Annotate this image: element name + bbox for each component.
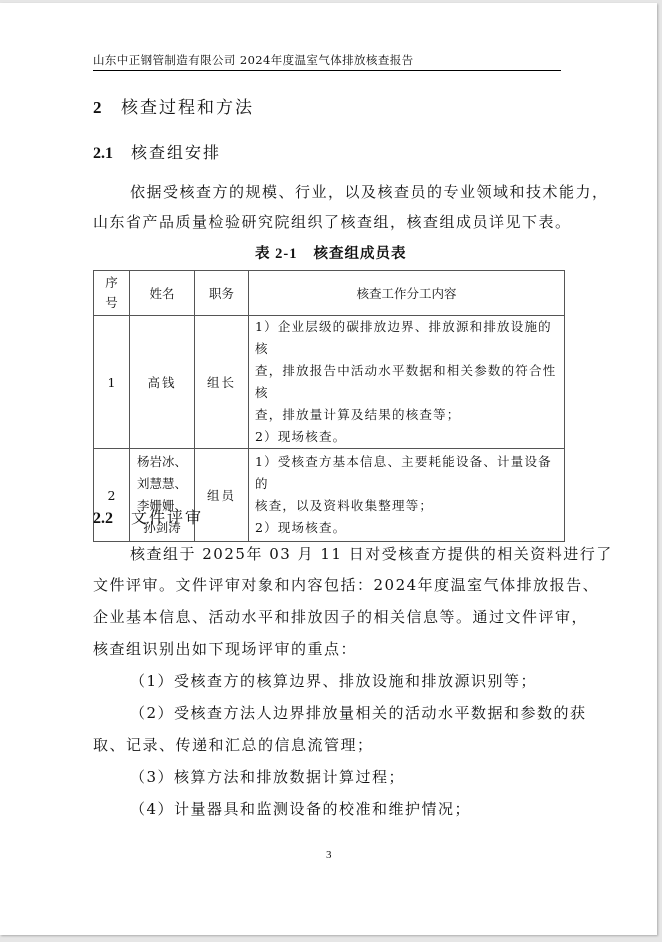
- subsection-title: 核查组安排: [131, 143, 221, 162]
- cell-role: 组长: [195, 316, 249, 449]
- paragraph-line: 核查组识别出如下现场评审的重点：: [93, 638, 357, 659]
- subsection-number: 2.1: [93, 145, 131, 163]
- list-item-continuation: 取、记录、传递和汇总的信息流管理；: [93, 734, 374, 755]
- header-name: 姓名: [130, 271, 195, 316]
- section-number: 2: [93, 98, 121, 118]
- header-role: 职务: [195, 271, 249, 316]
- cell-duties: 1）受核查方基本信息、主要耗能设备、计量设备的 核查，以及资料收集整理等； 2）…: [249, 449, 565, 542]
- team-members-table: 序 号 姓名 职务 核查工作分工内容 1 高钱 组长 1）企业层级的碳排放边界、…: [93, 270, 565, 542]
- header-seq: 序 号: [94, 271, 130, 316]
- paragraph-line: 山东省产品质量检验研究院组织了核查组，核查组成员详见下表。: [93, 211, 572, 232]
- table-header-row: 序 号 姓名 职务 核查工作分工内容: [94, 271, 565, 316]
- paragraph-line: 文件评审。文件评审对象和内容包括：2024年度温室气体排放报告、: [93, 574, 599, 595]
- subsection-heading-2-1: 2.1核查组安排: [93, 140, 221, 163]
- cell-duties: 1）企业层级的碳排放边界、排放源和排放设施的核 查，排放报告中活动水平数据和相关…: [249, 316, 565, 449]
- subsection-number: 2.2: [93, 510, 131, 528]
- subsection-title: 文件评审: [131, 508, 203, 527]
- list-item: （1）受核查方的核算边界、排放设施和排放源识别等；: [130, 670, 537, 691]
- cell-name: 高钱: [130, 316, 195, 449]
- paragraph-line: 依据受核查方的规模、行业，以及核查员的专业领域和技术能力，: [130, 181, 609, 202]
- cell-seq: 1: [94, 316, 130, 449]
- table-caption: 表 2-1核查组成员表: [255, 242, 406, 263]
- list-item: （3）核算方法和排放数据计算过程；: [130, 766, 405, 787]
- section-title: 核查过程和方法: [121, 98, 254, 118]
- list-item: （2）受核查方法人边界排放量相关的活动水平数据和参数的获: [130, 702, 587, 723]
- page-number: 3: [326, 849, 332, 861]
- header-duties: 核查工作分工内容: [249, 271, 565, 316]
- table-row: 1 高钱 组长 1）企业层级的碳排放边界、排放源和排放设施的核 查，排放报告中活…: [94, 316, 565, 449]
- header-rule: [93, 70, 561, 71]
- paragraph-line: 核查组于 2025年 03 月 11 日对受核查方提供的相关资料进行了: [130, 543, 613, 564]
- list-item: （4）计量器具和监测设备的校准和维护情况；: [130, 798, 471, 819]
- paragraph-line: 企业基本信息、活动水平和排放因子的相关信息等。通过文件评审，: [93, 606, 588, 627]
- section-heading: 2核查过程和方法: [93, 93, 254, 118]
- running-header: 山东中正钢管制造有限公司 2024年度温室气体排放核查报告: [93, 52, 414, 68]
- subsection-heading-2-2: 2.2文件评审: [93, 505, 203, 528]
- document-page: 山东中正钢管制造有限公司 2024年度温室气体排放核查报告 2核查过程和方法 2…: [0, 3, 657, 935]
